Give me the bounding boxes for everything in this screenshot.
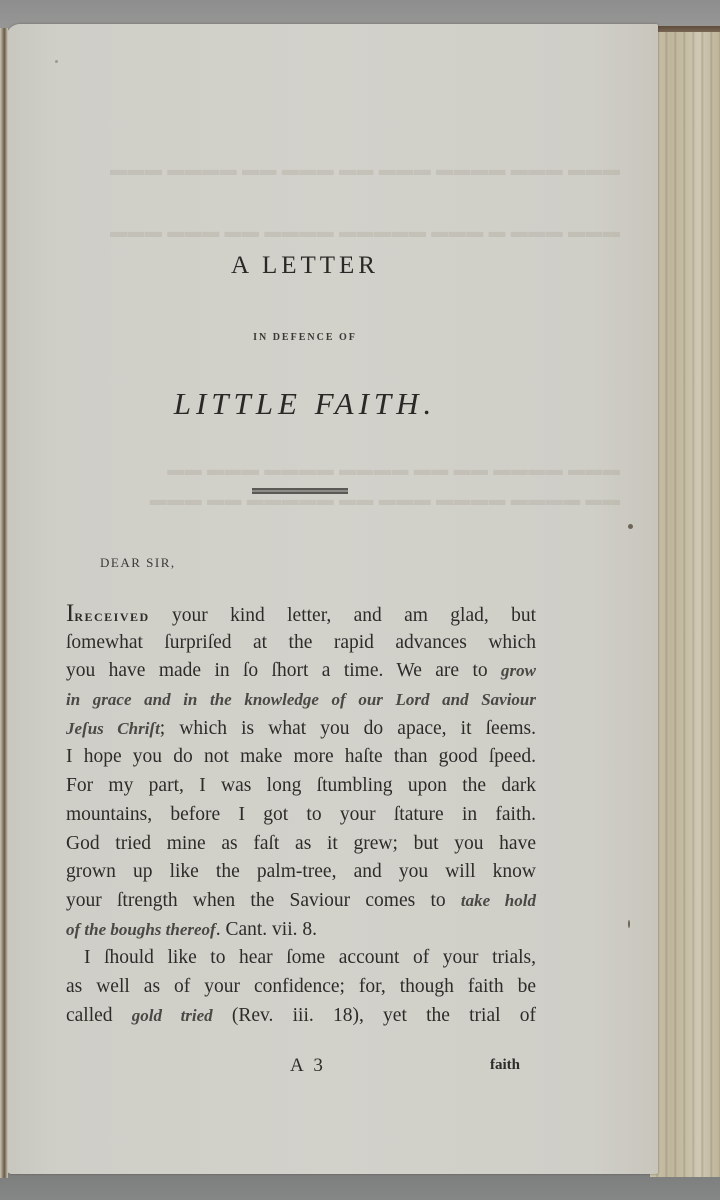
text-line: ſomewhat ſurpriſed at the rapid advances…: [66, 629, 536, 658]
text-line: I hope you do not make more haſte than g…: [66, 743, 536, 772]
text-span: RECEIVED: [74, 610, 149, 624]
italic-text: gold tried: [132, 1006, 213, 1025]
text-span: For my part, I was long ſtumbling upon t…: [66, 775, 536, 796]
text-span: ; which is what you do apace, it ſeems.: [160, 718, 536, 739]
text-line: mountains, before I got to your ſtature …: [66, 801, 536, 830]
text-line: as well as of your confidence; for, thou…: [66, 973, 536, 1002]
catchword: faith: [490, 1057, 520, 1074]
heading-main-title: LITTLE FAITH.: [120, 386, 490, 422]
italic-text: in grace and in the knowledge of our Lor…: [66, 690, 536, 709]
decorative-rule: [252, 488, 348, 494]
page-content: A LETTER IN DEFENCE OF LITTLE FAITH. DEA…: [0, 0, 720, 1200]
heading-subtitle: IN DEFENCE OF: [150, 332, 460, 343]
text-span: (Rev. iii. 18), yet the trial of: [213, 1005, 536, 1026]
text-line: For my part, I was long ſtumbling upon t…: [66, 772, 536, 801]
text-line: your ſtrength when the Saviour comes to …: [66, 887, 536, 916]
text-line: Jeſus Chriſt; which is what you do apace…: [66, 715, 536, 744]
text-span: your kind letter, and am glad, but: [150, 605, 536, 626]
text-span: your ſtrength when the Saviour comes to: [66, 890, 461, 911]
text-span: God tried mine as faſt as it grew; but y…: [66, 833, 536, 854]
text-span: ſomewhat ſurpriſed at the rapid advances…: [66, 632, 536, 653]
text-span: . Cant. vii. 8.: [216, 919, 317, 940]
text-line: called gold tried (Rev. iii. 18), yet th…: [66, 1002, 536, 1031]
italic-text: take hold: [461, 891, 536, 910]
salutation: DEAR SIR,: [100, 555, 176, 571]
text-line: in grace and in the knowledge of our Lor…: [66, 686, 536, 715]
text-line: I ſhould like to hear ſome account of yo…: [66, 944, 536, 973]
heading-title: A LETTER: [150, 252, 460, 280]
text-line: grown up like the palm-tree, and you wil…: [66, 858, 536, 887]
italic-text: grow: [501, 661, 536, 680]
text-line: of the boughs thereof. Cant. vii. 8.: [66, 916, 536, 945]
text-span: I hope you do not make more haſte than g…: [66, 746, 536, 767]
text-line: IRECEIVED your kind letter, and am glad,…: [66, 600, 536, 629]
text-line: God tried mine as faſt as it grew; but y…: [66, 830, 536, 859]
text-span: you have made in ſo ſhort a time. We are…: [66, 660, 501, 681]
text-span: I ſhould like to hear ſome account of yo…: [84, 947, 536, 968]
text-span: mountains, before I got to your ſtature …: [66, 804, 536, 825]
text-span: as well as of your confidence; for, thou…: [66, 976, 536, 997]
body-text: IRECEIVED your kind letter, and am glad,…: [66, 600, 536, 1030]
paper-speck: [55, 60, 58, 63]
paper-speck: [628, 524, 633, 529]
text-span: grown up like the palm-tree, and you wil…: [66, 861, 536, 882]
italic-text: Jeſus Chriſt: [66, 719, 160, 738]
text-span: called: [66, 1005, 132, 1026]
italic-text: of the boughs thereof: [66, 920, 216, 939]
paper-speck: [628, 920, 630, 928]
text-line: you have made in ſo ſhort a time. We are…: [66, 657, 536, 686]
signature-mark: A 3: [290, 1055, 326, 1077]
